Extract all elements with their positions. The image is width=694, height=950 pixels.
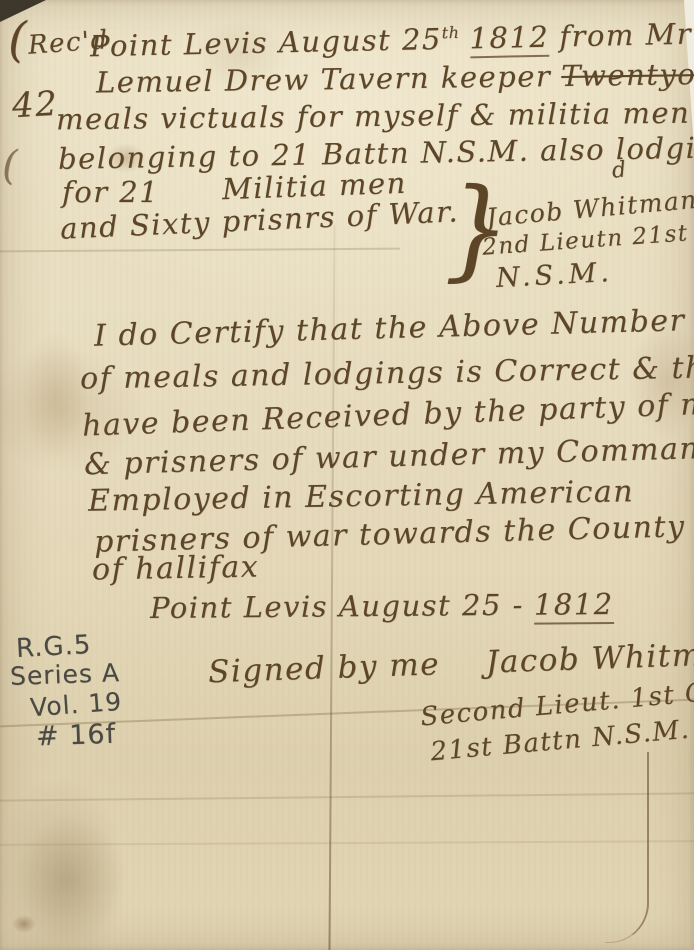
fold-crease-horizontal-upper — [0, 248, 400, 253]
dateline-year-underlined: 1812 — [534, 587, 614, 625]
year-underlined: 1812 — [469, 20, 550, 59]
margin-parenthesis-upper: ( — [8, 16, 28, 64]
ink-line-bottom-right — [605, 752, 649, 943]
receipt-from: from Mr — [559, 17, 693, 54]
receipt-place-date: Point Levis August 25 — [90, 22, 442, 63]
tavern-keeper-name: Lemuel Drew Tavern keeper — [96, 59, 552, 99]
certification-line-4: & prisners of war under my Command — [84, 434, 694, 481]
struck-out-word: Twentyone — [561, 57, 694, 93]
signed-by-label: Signed by me — [208, 649, 441, 688]
archival-ref-record-group: R.G.5 — [15, 632, 92, 662]
fold-crease-horizontal-bottom — [0, 840, 694, 846]
certification-line-2: of meals and lodgings is Correct & the s… — [80, 352, 694, 395]
meal-count: 42 — [11, 87, 59, 123]
dateline-place: Point Levis August 25 - — [150, 588, 524, 625]
certification-line-5: Employed in Escorting American — [88, 477, 635, 517]
archival-ref-item-number: # 16f — [36, 721, 117, 751]
signature-name: Jacob Whitman — [485, 639, 694, 679]
margin-parenthesis-lower: ( — [2, 146, 19, 186]
receipt-line-3: meals victuals for myself & militia men — [56, 99, 691, 135]
archival-ref-volume: Vol. 19 — [29, 689, 123, 720]
receipt-line-2: Lemuel Drew Tavern keeperTwentyone — [96, 60, 694, 98]
interlinear-insert-mark: d — [611, 159, 629, 183]
archival-ref-series: Series A — [10, 660, 121, 689]
receipt-line-5-count: for 21 — [62, 178, 159, 207]
receipt-line-1: Point Levis August 25th1812from Mr — [90, 20, 693, 62]
date-ordinal-suffix: th — [441, 23, 459, 42]
certification-line-1: I do Certify that the Above Number — [94, 306, 686, 351]
document-scan: ( Rec'd 42 ( Point Levis August 25th1812… — [0, 0, 694, 950]
certification-line-7: of hallifax — [92, 553, 260, 586]
fold-crease-horizontal-lower — [0, 792, 694, 801]
signature-row: Signed by me Jacob Whitman — [208, 639, 694, 689]
attestation-unit: N.S.M. — [495, 259, 613, 292]
certification-dateline: Point Levis August 25 -1812 — [150, 590, 614, 623]
stain-blob-bottom-left — [15, 815, 125, 945]
